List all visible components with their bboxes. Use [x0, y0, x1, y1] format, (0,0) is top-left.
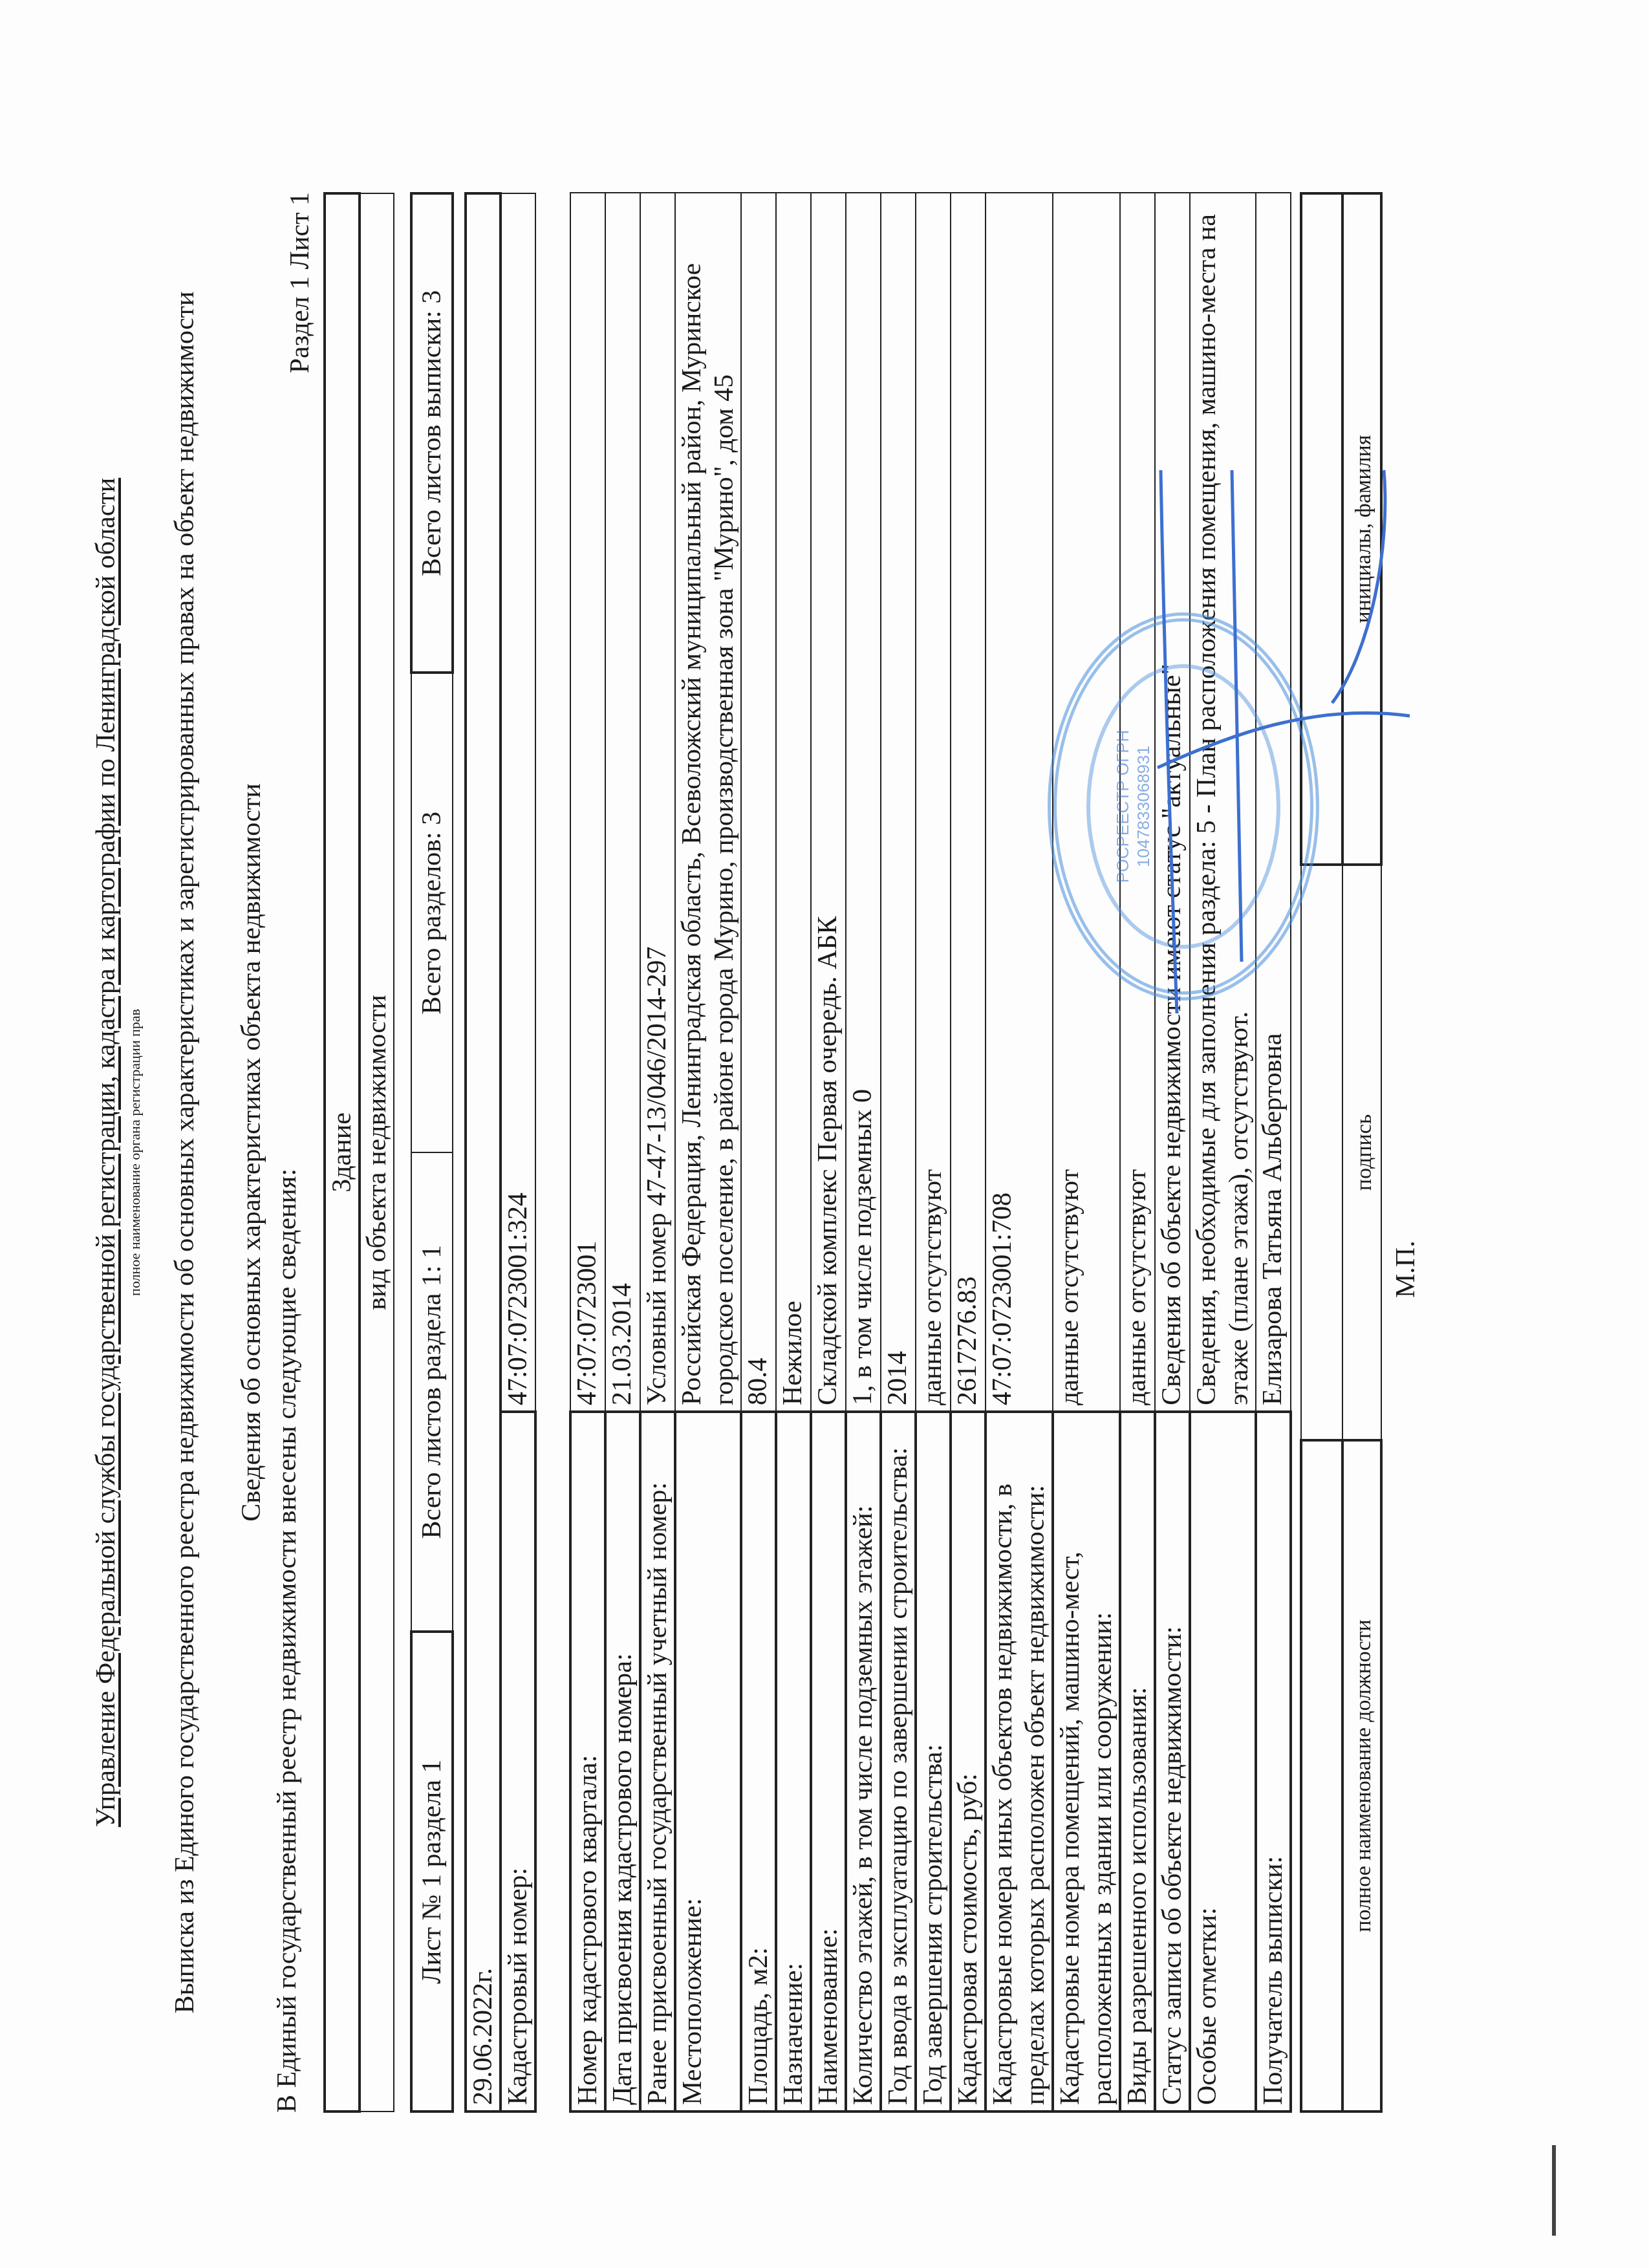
table-row: Площадь, м2:80.4 — [741, 193, 776, 2111]
cadastral-number-label: Кадастровый номер: — [501, 1412, 535, 2111]
row-label: Год завершения строительства: — [916, 1412, 951, 2111]
intro-text: В Единый государственный реестр недвижим… — [272, 1169, 303, 2113]
table-row: Местоположение:Российская Федерация, Лен… — [675, 193, 741, 2111]
row-label: Местоположение: — [675, 1412, 741, 2111]
row-value: 47:07:0723001 — [570, 193, 605, 1412]
total-sections: Всего разделов: 3 — [411, 673, 453, 1153]
row-value: Условный номер 47-47-13/046/2014-297 — [640, 193, 675, 1412]
row-label: Виды разрешенного использования: — [1120, 1412, 1155, 2111]
row-value: 2014 — [881, 193, 916, 1412]
scan-artifact — [1552, 2145, 1556, 2236]
section-label: Раздел 1 Лист 1 — [285, 192, 316, 373]
table-row: Год завершения строительства:данные отсу… — [916, 193, 951, 2111]
sheets-in-section: Всего листов раздела 1: 1 — [411, 1152, 453, 1632]
organization-text: Управление Федеральной службы государств… — [91, 478, 121, 1827]
row-value: Нежилое — [776, 193, 811, 1412]
sheet-info-table: Лист № 1 раздела 1 Всего листов раздела … — [410, 192, 454, 2113]
object-type-value: Здание — [325, 193, 360, 2111]
row-value: 80.4 — [741, 193, 776, 1412]
row-label: Получатель выписки: — [1256, 1412, 1291, 2111]
document-subtitle: Сведения об основных характеристиках объ… — [236, 192, 267, 2113]
table-row: Назначение:Нежилое — [776, 193, 811, 2111]
row-value: 2617276.83 — [951, 193, 986, 1412]
row-label: Особые отметки: — [1190, 1412, 1256, 2111]
table-row: Кадастровые номера иных объектов недвижи… — [986, 193, 1053, 2111]
table-row: Год ввода в эксплуатацию по завершении с… — [881, 193, 916, 2111]
seal-label: М.П. — [1390, 1240, 1421, 1298]
row-label: Кадастровые номера помещений, машино-мес… — [1053, 1412, 1120, 2111]
table-row: Номер кадастрового квартала:47:07:072300… — [570, 193, 605, 2111]
object-type-caption: вид объекта недвижимости — [360, 193, 394, 2111]
row-value: данные отсутствуют — [916, 193, 951, 1412]
total-sheets: Всего листов выписки: 3 — [411, 193, 453, 673]
date-cadastral-table: 29.06.2022г. Кадастровый номер: 47:07:07… — [464, 192, 537, 2113]
handwritten-signature — [1099, 457, 1423, 1039]
row-value: Складской комплекс Первая очередь. АБК — [811, 193, 846, 1412]
table-row: Количество этажей, в том числе подземных… — [846, 193, 881, 2111]
document-page: Управление Федеральной службы государств… — [0, 0, 1649, 2268]
table-row: Кадастровая стоимость, руб:2617276.83 — [951, 193, 986, 2111]
row-label: Ранее присвоенный государственный учетны… — [640, 1412, 675, 2111]
row-label: Дата присвоения кадастрового номера: — [605, 1412, 640, 2111]
table-row: Ранее присвоенный государственный учетны… — [640, 193, 675, 2111]
row-value: 1, в том числе подземных 0 — [846, 193, 881, 1412]
position-cell — [1301, 1440, 1342, 2111]
row-label: Кадастровая стоимость, руб: — [951, 1412, 986, 2111]
row-label: Кадастровые номера иных объектов недвижи… — [986, 1412, 1053, 2111]
sheet-number: Лист № 1 раздела 1 — [411, 1632, 453, 2112]
row-value: 21.03.2014 — [605, 193, 640, 1412]
document-title: Выписка из Единого государственного реес… — [169, 192, 200, 2113]
object-type-table: Здание вид объекта недвижимости — [323, 192, 394, 2113]
organization-caption: полное наименование органа регистрации п… — [127, 192, 144, 2113]
row-label: Номер кадастрового квартала: — [570, 1412, 605, 2111]
row-value: 47:07:0723001:708 — [986, 193, 1053, 1412]
row-value: Российская Федерация, Ленинградская обла… — [675, 193, 741, 1412]
row-label: Год ввода в эксплуатацию по завершении с… — [881, 1412, 916, 2111]
extract-date: 29.06.2022г. — [466, 193, 501, 2111]
row-label: Назначение: — [776, 1412, 811, 2111]
row-label: Количество этажей, в том числе подземных… — [846, 1412, 881, 2111]
row-label: Статус записи об объекте недвижимости: — [1155, 1412, 1190, 2111]
table-row: Наименование:Складской комплекс Первая о… — [811, 193, 846, 2111]
row-label: Площадь, м2: — [741, 1412, 776, 2111]
table-row: Дата присвоения кадастрового номера:21.0… — [605, 193, 640, 2111]
row-label: Наименование: — [811, 1412, 846, 2111]
position-caption: полное наименование должности — [1342, 1440, 1381, 2111]
organization-name: Управление Федеральной службы государств… — [91, 192, 122, 2113]
cadastral-number-value: 47:07:0723001:324 — [501, 193, 535, 1412]
